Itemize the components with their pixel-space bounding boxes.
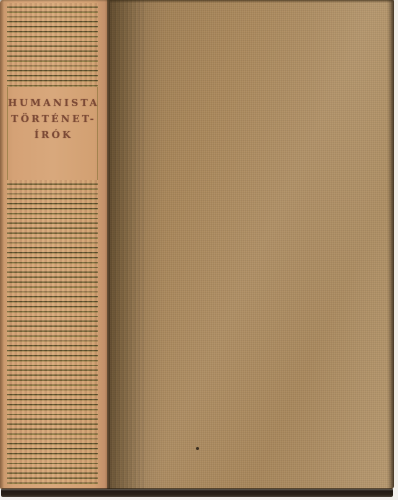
spine-title-line-3: ÍRÓK	[32, 128, 73, 144]
book-spine: HUMANISTA TÖRTÉNET- ÍRÓK	[0, 0, 107, 489]
book-photo: HUMANISTA TÖRTÉNET- ÍRÓK	[0, 0, 398, 500]
spine-gilt-lines-top	[7, 3, 98, 87]
book-bottom-shadow	[1, 488, 393, 497]
book-top-edge-shade	[0, 0, 394, 2]
spine-title-line-1: HUMANISTA	[5, 96, 99, 112]
spine-title-panel: HUMANISTA TÖRTÉNET- ÍRÓK	[7, 87, 98, 180]
cover-right-edge	[387, 0, 394, 489]
cover-hinge-shadow-band	[110, 0, 144, 489]
spine-gilt-lines-bottom	[7, 180, 98, 484]
spine-left-edge	[0, 0, 4, 489]
cover-speck	[196, 447, 199, 450]
front-cover	[110, 0, 394, 489]
spine-title-line-2: TÖRTÉNET-	[9, 112, 97, 128]
